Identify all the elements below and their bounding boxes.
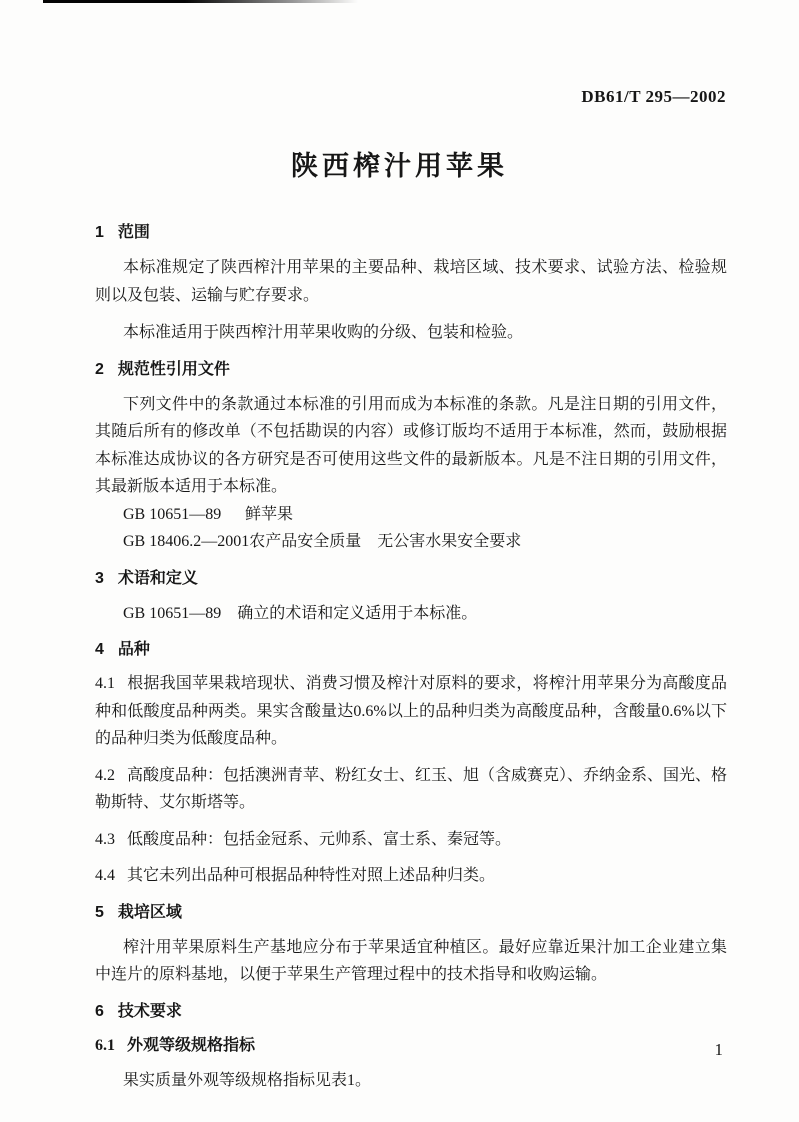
section-number: 5 bbox=[95, 904, 104, 921]
section-heading: 6技术要求 bbox=[95, 1001, 727, 1023]
document-body: 1范围 本标准规定了陕西榨汁用苹果的主要品种、栽培区域、技术要求、试验方法、检验… bbox=[95, 210, 727, 1094]
clause-4-3: 4.3低酸度品种：包括金冠系、元帅系、富士系、秦冠等。 bbox=[95, 826, 727, 854]
reference-item: GB 10651—89鲜苹果 bbox=[123, 501, 727, 529]
section-number: 1 bbox=[95, 224, 104, 241]
section-heading: 5栽培区域 bbox=[95, 902, 727, 924]
clause-number: 4.1 bbox=[95, 670, 115, 698]
reference-title: 农产品安全质量 无公害水果安全要求 bbox=[249, 533, 521, 550]
section-heading: 3术语和定义 bbox=[95, 568, 727, 590]
clause-number: 4.3 bbox=[95, 826, 115, 854]
scan-artifact bbox=[43, 0, 358, 3]
section-number: 4 bbox=[95, 641, 104, 658]
reference-code: GB 18406.2—2001 bbox=[123, 528, 249, 556]
clause-text: 低酸度品种：包括金冠系、元帅系、富士系、秦冠等。 bbox=[127, 831, 511, 848]
reference-item: GB 18406.2—2001农产品安全质量 无公害水果安全要求 bbox=[123, 528, 727, 556]
section-title: 范围 bbox=[118, 224, 150, 241]
paragraph: 果实质量外观等级规格指标见表1。 bbox=[95, 1067, 727, 1095]
clause-number: 4.4 bbox=[95, 862, 115, 890]
section-normative-references: 2规范性引用文件 下列文件中的条款通过本标准的引用而成为本标准的条款。凡是注日期… bbox=[95, 359, 727, 556]
doc-number: DB61/T 295—2002 bbox=[581, 87, 726, 107]
section-technical-requirements: 6技术要求 6.1外观等级规格指标 果实质量外观等级规格指标见表1。 bbox=[95, 1001, 727, 1095]
section-title: 技术要求 bbox=[118, 1003, 182, 1020]
subsection-heading: 6.1外观等级规格指标 bbox=[95, 1035, 727, 1057]
subsection-number: 6.1 bbox=[95, 1035, 115, 1057]
section-terms-definitions: 3术语和定义 GB 10651—89 确立的术语和定义适用于本标准。 bbox=[95, 568, 727, 628]
section-title: 品种 bbox=[118, 641, 150, 658]
section-heading: 2规范性引用文件 bbox=[95, 359, 727, 381]
page-title: 陕西榨汁用苹果 bbox=[0, 144, 799, 183]
section-number: 2 bbox=[95, 361, 104, 378]
section-number: 6 bbox=[95, 1003, 104, 1020]
page-number: 1 bbox=[715, 1040, 724, 1060]
clause-number: 4.2 bbox=[95, 762, 115, 790]
paragraph: GB 10651—89 确立的术语和定义适用于本标准。 bbox=[95, 600, 727, 628]
reference-title: 鲜苹果 bbox=[245, 506, 293, 523]
section-cultivation-area: 5栽培区域 榨汁用苹果原料生产基地应分布于苹果适宜种植区。最好应靠近果汁加工企业… bbox=[95, 902, 727, 989]
section-number: 3 bbox=[95, 570, 104, 587]
clause-4-1: 4.1根据我国苹果栽培现状、消费习惯及榨汁对原料的要求，将榨汁用苹果分为高酸度品… bbox=[95, 670, 727, 753]
section-title: 栽培区域 bbox=[118, 904, 182, 921]
clause-4-2: 4.2高酸度品种：包括澳洲青苹、粉红女士、红玉、旭（含威赛克）、乔纳金系、国光、… bbox=[95, 762, 727, 817]
section-heading: 4品种 bbox=[95, 639, 727, 661]
paragraph: 下列文件中的条款通过本标准的引用而成为本标准的条款。凡是注日期的引用文件，其随后… bbox=[95, 391, 727, 501]
section-varieties: 4品种 4.1根据我国苹果栽培现状、消费习惯及榨汁对原料的要求，将榨汁用苹果分为… bbox=[95, 639, 727, 890]
section-title: 术语和定义 bbox=[118, 570, 198, 587]
paragraph: 榨汁用苹果原料生产基地应分布于苹果适宜种植区。最好应靠近果汁加工企业建立集中连片… bbox=[95, 934, 727, 989]
section-heading: 1范围 bbox=[95, 222, 727, 244]
clause-4-4: 4.4其它未列出品种可根据品种特性对照上述品种归类。 bbox=[95, 862, 727, 890]
clause-text: 其它未列出品种可根据品种特性对照上述品种归类。 bbox=[127, 867, 495, 884]
document-page: DB61/T 295—2002 陕西榨汁用苹果 1范围 本标准规定了陕西榨汁用苹… bbox=[0, 0, 799, 1122]
reference-code: GB 10651—89 bbox=[123, 501, 245, 529]
clause-text: 根据我国苹果栽培现状、消费习惯及榨汁对原料的要求，将榨汁用苹果分为高酸度品种和低… bbox=[95, 675, 727, 747]
subsection-title: 外观等级规格指标 bbox=[127, 1037, 255, 1054]
paragraph: 本标准适用于陕西榨汁用苹果收购的分级、包装和检验。 bbox=[95, 319, 727, 347]
clause-text: 高酸度品种：包括澳洲青苹、粉红女士、红玉、旭（含威赛克）、乔纳金系、国光、格勒斯… bbox=[95, 767, 727, 812]
section-title: 规范性引用文件 bbox=[118, 361, 230, 378]
section-scope: 1范围 本标准规定了陕西榨汁用苹果的主要品种、栽培区域、技术要求、试验方法、检验… bbox=[95, 222, 727, 347]
paragraph: 本标准规定了陕西榨汁用苹果的主要品种、栽培区域、技术要求、试验方法、检验规则以及… bbox=[95, 254, 727, 309]
